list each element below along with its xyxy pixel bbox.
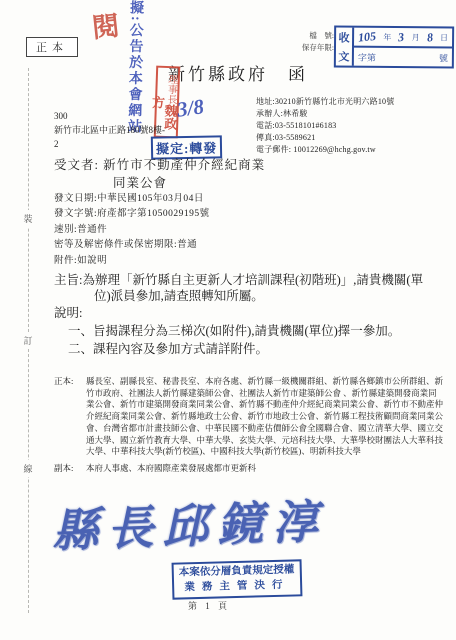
recipient-street-2: 2 <box>54 138 165 152</box>
receive-char-shou: 收 <box>339 29 350 45</box>
receive-stamp-ref-row: 字第 號 <box>354 48 452 67</box>
magistrate-title: 縣長 <box>51 502 163 557</box>
ref-prefix: 字第 <box>358 50 376 63</box>
month-label: 月 <box>412 32 420 43</box>
original-recipients-row: 正本: 縣長室、副縣長室、秘書長室、本府各處、新竹縣一級機關群組、新竹縣各鄉鎮市… <box>54 376 444 458</box>
agency-name: 新竹縣政府 <box>168 65 268 84</box>
contact-address: 地址:30210新竹縣竹北市光明六路10號 <box>256 96 394 108</box>
contact-phone: 電話:03-5518101#6183 <box>256 120 394 132</box>
original-recipients: 縣長室、副縣長室、秘書長室、本府各處、新竹縣一級機關群組、新竹縣各鄉鎮市公所群組… <box>86 376 444 458</box>
issue-ref-no: 發文字號:府產都字第1050029195號 <box>54 207 210 222</box>
ref-suffix: 號 <box>439 51 448 64</box>
letter-body: 主旨:為辦理「新竹縣自主更新人才培訓課程(初階班)」,請貴機關(單位)派員參加,… <box>54 273 426 357</box>
scanned-official-letter: 裝 訂 線 正本 閱 擬:公告於本會網站 新竹縣政府函 理事長魏政方 3/8 檔… <box>0 0 456 640</box>
receive-year: 105 <box>357 28 376 45</box>
description-item-1: 一、旨揭課程分為三梯次(如附件),請貴機關(單位)擇一參加。 <box>68 324 426 340</box>
copy-type-box: 正本 <box>26 37 78 57</box>
file-no-label: 檔 號: <box>278 30 334 42</box>
original-label: 正本: <box>54 376 86 458</box>
description-label: 說明: <box>54 306 426 322</box>
receive-char-wen: 文 <box>338 48 349 64</box>
receive-stamp-date-row: 105 年 3 月 8 日 <box>354 28 452 49</box>
handwritten-date: 3/8 <box>175 94 205 122</box>
filing-labels: 檔 號: 保存年限: <box>278 30 334 54</box>
delegation-line-2: 業務主管決行 <box>179 578 295 596</box>
postal-code: 300 <box>54 110 165 124</box>
page-number: 第 1 頁 <box>188 599 230 612</box>
recipient-line-1: 受文者: 新竹市不動產仲介經紀商業 <box>54 156 265 174</box>
meta-block: 發文日期:中華民國105年03月04日 發文字號:府產都字第1050029195… <box>54 192 210 269</box>
copy-recipients: 本府人事處、本府國際產業發展處都市更新科 <box>86 463 444 475</box>
contact-fax: 傳真:03-5589621 <box>256 132 394 144</box>
binding-mark-zhuang: 裝 <box>23 210 32 227</box>
receive-day: 8 <box>426 30 433 46</box>
delegation-stamp: 本案依分層負責規定授權 業務主管決行 <box>172 559 302 600</box>
recipient-street-1: 新竹市北區中正路180號8樓- <box>54 124 165 138</box>
contact-block: 地址:30210新竹縣竹北市光明六路10號 承辦人:林希駿 電話:03-5518… <box>256 96 394 156</box>
description-item-2: 二、課程內容及參加方式請詳附件。 <box>68 342 426 358</box>
binding-mark-ding: 訂 <box>23 332 32 349</box>
year-label: 年 <box>383 31 391 42</box>
doc-type: 函 <box>288 65 308 84</box>
receive-month: 3 <box>398 29 405 45</box>
speed-class: 速別:普通件 <box>54 223 210 238</box>
magistrate-signature: 縣長邱鏡淳 <box>51 485 328 561</box>
subject-line: 主旨:為辦理「新竹縣自主更新人才培訓課程(初階班)」,請貴機關(單位)派員參加,… <box>54 273 426 304</box>
magistrate-name: 邱鏡淳 <box>161 496 328 553</box>
retention-label: 保存年限: <box>278 42 334 54</box>
attachment-note: 附件:如說明 <box>54 254 210 269</box>
recipient-postal-block: 300 新竹市北區中正路180號8樓- 2 <box>54 110 165 152</box>
copy-recipients-row: 副本: 本府人事處、本府國際產業發展處都市更新科 <box>54 463 444 475</box>
issue-date: 發文日期:中華民國105年03月04日 <box>54 192 210 207</box>
document-title: 新竹縣政府函 <box>168 60 308 85</box>
recipient-name-1: 新竹市不動產仲介經紀商業 <box>103 158 265 172</box>
receive-stamp: 收 文 105 年 3 月 8 日 字第 號 <box>334 25 454 68</box>
distribution-block: 正本: 縣長室、副縣長室、秘書長室、本府各處、新竹縣一級機關群組、新竹縣各鄉鎮市… <box>54 376 444 480</box>
subject-text: 為辦理「新竹縣自主更新人才培訓課程(初階班)」,請貴機關(單位)派員參加,請查照… <box>82 273 423 303</box>
copy-label: 副本: <box>54 463 86 475</box>
contact-handler: 承辦人:林希駿 <box>256 108 394 120</box>
security-class: 密等及解密條件或保密期限:普通 <box>54 238 210 253</box>
binding-mark-xian: 線 <box>23 460 32 477</box>
day-label: 日 <box>440 32 448 43</box>
receive-stamp-body: 105 年 3 月 8 日 字第 號 <box>354 28 452 67</box>
subject-label: 主旨: <box>54 273 82 287</box>
recipient-label: 受文者: <box>54 158 99 172</box>
recipient-name-2: 同業公會 <box>54 174 265 192</box>
recipient-block: 受文者: 新竹市不動產仲介經紀商業 同業公會 <box>54 156 265 192</box>
read-stamp: 閱 <box>90 4 121 46</box>
receive-stamp-column: 收 文 <box>336 27 354 65</box>
contact-email: 電子郵件: 10012269@hchg.gov.tw <box>256 144 394 156</box>
